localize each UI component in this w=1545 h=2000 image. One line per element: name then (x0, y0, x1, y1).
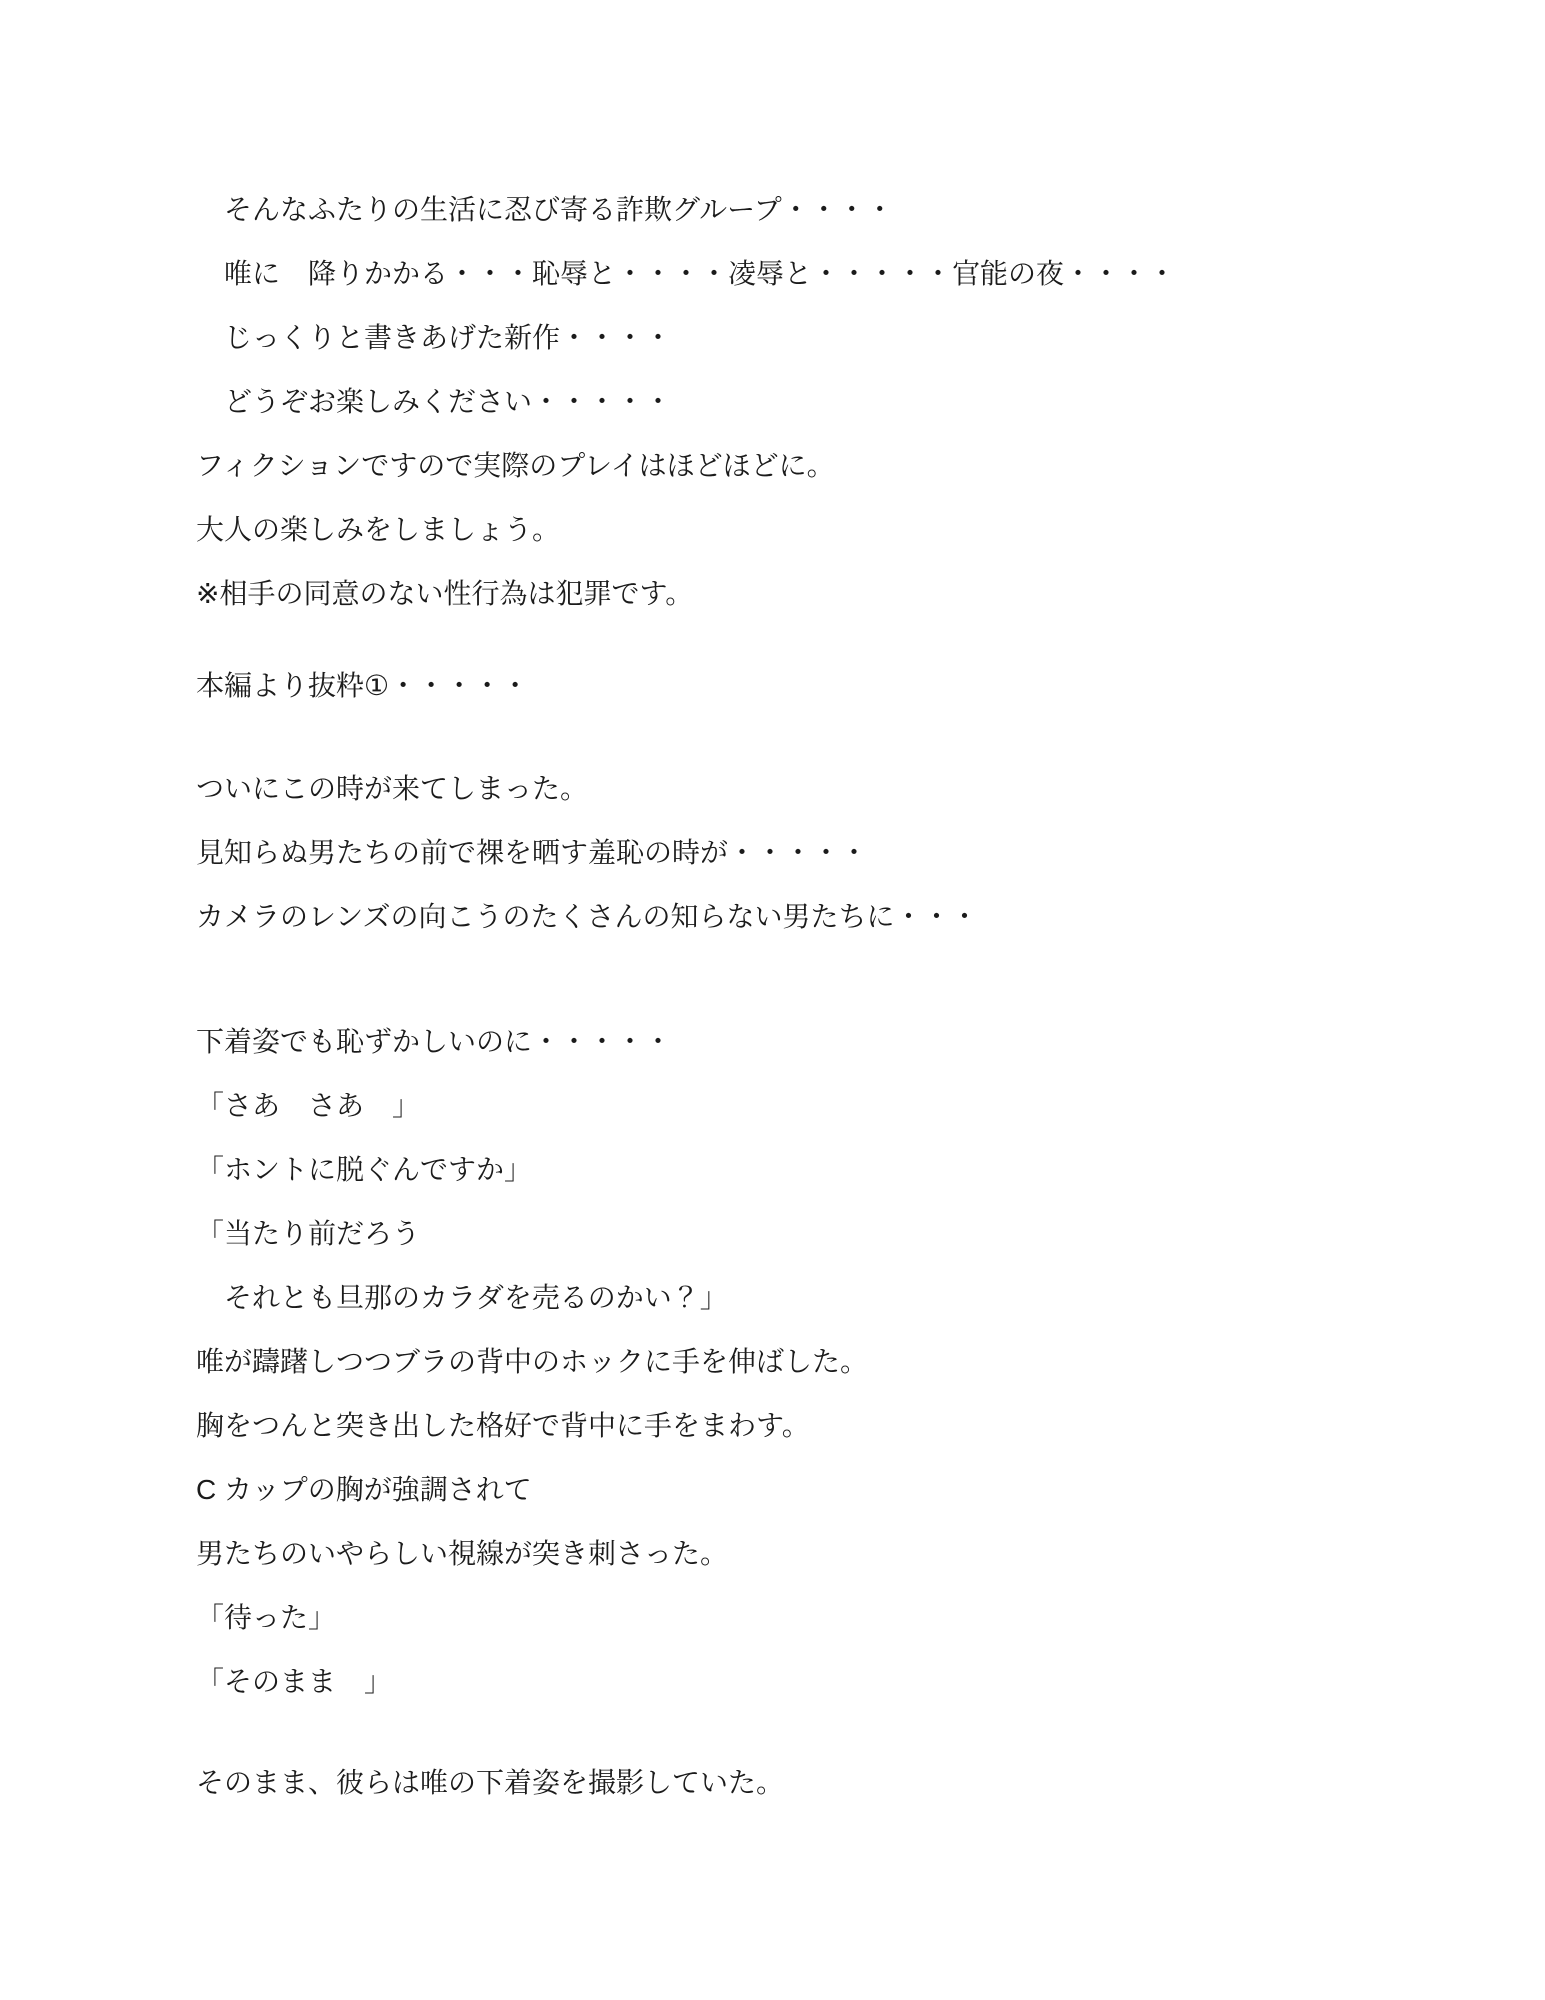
text-line-body-7: C カップの胸が強調されて (196, 1458, 1485, 1522)
text-line-intro-4: どうぞお楽しみください・・・・・ (196, 370, 1485, 434)
text-line-intro-1: そんなふたりの生活に忍び寄る詐欺グループ・・・・ (196, 178, 1485, 242)
document-page: そんなふたりの生活に忍び寄る詐欺グループ・・・・ 唯に 降りかかる・・・恥辱と・… (0, 0, 1545, 2000)
text-line-body-9: そのまま、彼らは唯の下着姿を撮影していた。 (196, 1751, 1485, 1815)
text-line-dialogue-2: 「ホントに脱ぐんですか」 (196, 1138, 1485, 1202)
text-line-body-1: ついにこの時が来てしまった。 (196, 757, 1485, 821)
text-line-body-2: 見知らぬ男たちの前で裸を晒す羞恥の時が・・・・・ (196, 821, 1485, 885)
text-line-body-5: 唯が躊躇しつつブラの背中のホックに手を伸ばした。 (196, 1330, 1485, 1394)
text-line-dialogue-3: 「当たり前だろう (196, 1202, 1485, 1266)
text-line-intro-2: 唯に 降りかかる・・・恥辱と・・・・凌辱と・・・・・官能の夜・・・・ (196, 242, 1485, 306)
text-line-dialogue-1: 「さあ さあ 」 (196, 1074, 1485, 1138)
text-line-body-6: 胸をつんと突き出した格好で背中に手をまわす。 (196, 1394, 1485, 1458)
text-line-disclaimer-3: ※相手の同意のない性行為は犯罪です。 (196, 562, 1485, 626)
text-line-dialogue-6: 「そのまま 」 (196, 1650, 1485, 1714)
text-line-excerpt-title: 本編より抜粋①・・・・・ (196, 654, 1485, 718)
text-line-intro-3: じっくりと書きあげた新作・・・・ (196, 306, 1485, 370)
text-body: そんなふたりの生活に忍び寄る詐欺グループ・・・・ 唯に 降りかかる・・・恥辱と・… (0, 0, 1545, 1815)
text-line-disclaimer-1: フィクションですので実際のプレイはほどほどに。 (196, 434, 1485, 498)
text-line-disclaimer-2: 大人の楽しみをしましょう。 (196, 498, 1485, 562)
text-line-body-8: 男たちのいやらしい視線が突き刺さった。 (196, 1522, 1485, 1586)
text-line-body-3: カメラのレンズの向こうのたくさんの知らない男たちに・・・ (196, 885, 1485, 949)
text-line-body-4: 下着姿でも恥ずかしいのに・・・・・ (196, 1010, 1485, 1074)
text-line-dialogue-4: それとも旦那のカラダを売るのかい？」 (196, 1266, 1485, 1330)
text-line-dialogue-5: 「待った」 (196, 1586, 1485, 1650)
